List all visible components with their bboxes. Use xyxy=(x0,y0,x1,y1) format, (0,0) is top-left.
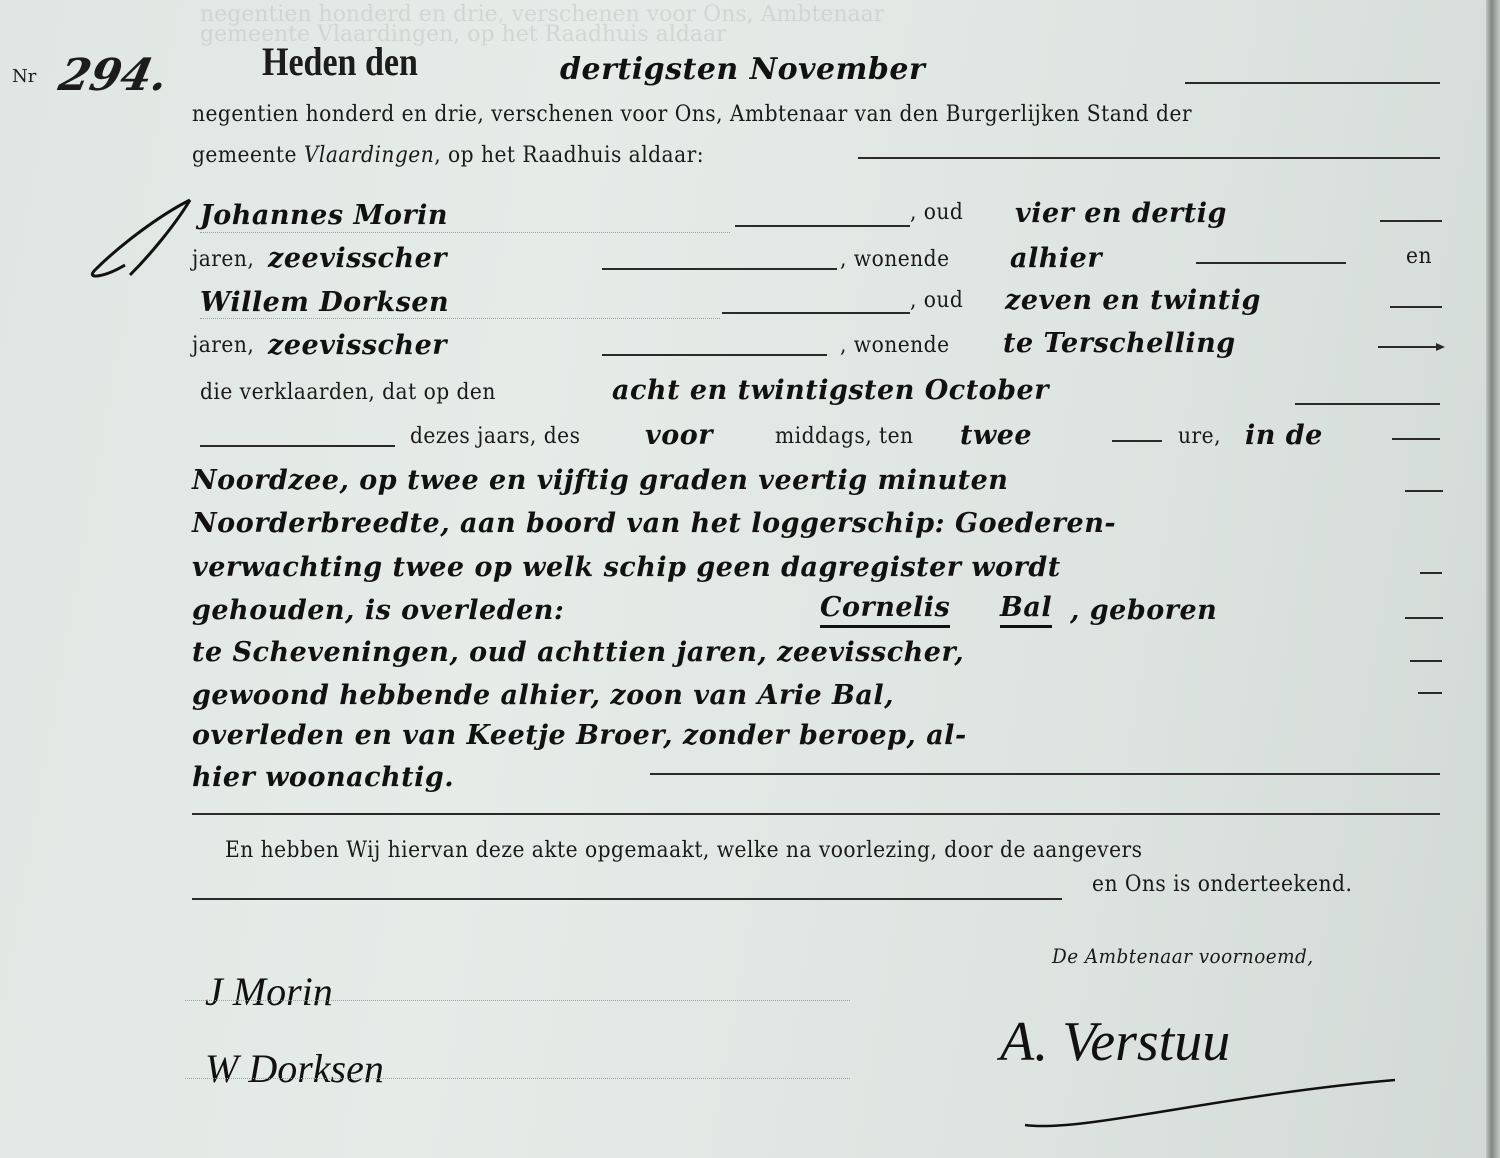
printed-line-3: gemeente Vlaardingen, op het Raadhuis al… xyxy=(192,143,704,168)
age-label: , oud xyxy=(910,288,963,313)
place-line-2: Noorderbreedte, aan boord van het logger… xyxy=(192,508,1116,539)
age-label: , oud xyxy=(910,200,963,225)
day-part: voor xyxy=(645,420,713,451)
place-line-0: in de xyxy=(1245,420,1323,451)
detail-line-1: te Scheveningen, oud achttien jaren, zee… xyxy=(192,637,964,668)
fill-line xyxy=(735,225,910,227)
residence-label: , wonende xyxy=(840,333,950,358)
signature-declarant-1: J Morin xyxy=(205,968,333,1015)
declarant-1-occupation: zeevisscher xyxy=(268,243,447,274)
year-label: dezes jaars, des xyxy=(410,424,580,449)
declarant-2-occupation: zeevisscher xyxy=(268,330,447,361)
closing-line-2: en Ons is onderteekend. xyxy=(1092,872,1352,897)
conjunction-en: en xyxy=(1406,244,1432,269)
years-label: jaren, xyxy=(192,333,254,358)
residence-label: , wonende xyxy=(840,247,950,272)
deceased-surname: Bal xyxy=(1000,592,1052,623)
fill-line xyxy=(650,773,1440,775)
fill-line xyxy=(192,813,1440,815)
hour: twee xyxy=(960,420,1032,451)
declarant-1-age: vier en dertig xyxy=(1015,198,1227,229)
declarant-2-name: Willem Dorksen xyxy=(200,287,449,318)
declarant-1-residence: alhier xyxy=(1010,243,1102,274)
dotted-guide xyxy=(200,232,730,233)
detail-line-2: gewoond hebbende alhier, zoon van Arie B… xyxy=(192,680,894,711)
deceased-first-name: Cornelis xyxy=(820,592,950,623)
record-number: 294. xyxy=(55,50,173,101)
signature-line xyxy=(185,1078,850,1079)
fill-line xyxy=(1380,220,1442,222)
middag-label: middags, ten xyxy=(775,424,914,449)
book-gutter-edge xyxy=(1486,0,1500,1158)
date-handwritten: dertigsten November xyxy=(560,52,925,87)
fill-line xyxy=(602,354,827,356)
detail-line-0: , geboren xyxy=(1070,595,1217,626)
fill-line xyxy=(1405,490,1443,492)
fill-line xyxy=(1410,660,1442,662)
signature-line xyxy=(185,1000,850,1001)
fill-line xyxy=(722,312,910,314)
place-line-1: Noordzee, op twee en vijftig graden veer… xyxy=(192,465,1008,496)
declarant-1-name: Johannes Morin xyxy=(200,200,448,231)
fill-line xyxy=(1405,617,1443,619)
arrow-mark xyxy=(1436,343,1445,351)
fill-line xyxy=(200,445,395,447)
fill-line xyxy=(1196,262,1346,264)
fill-line xyxy=(602,268,837,270)
years-label: jaren, xyxy=(192,247,254,272)
fill-line xyxy=(858,157,1440,159)
fill-line xyxy=(1392,438,1440,440)
number-label: Nr xyxy=(12,66,36,87)
declared-label: die verklaarden, dat op den xyxy=(200,380,496,405)
fill-line xyxy=(1295,403,1440,405)
fill-line xyxy=(192,898,1062,900)
printed-line-2: negentien honderd en drie, verschenen vo… xyxy=(192,102,1192,127)
capital-j-flourish xyxy=(80,185,200,285)
detail-line-4: hier woonachtig. xyxy=(192,762,454,793)
heading: Heden den xyxy=(262,38,418,85)
detail-line-3: overleden en van Keetje Broer, zonder be… xyxy=(192,720,967,751)
municipality: Vlaardingen xyxy=(304,143,434,168)
ure-label: ure, xyxy=(1178,424,1221,449)
official-label: De Ambtenaar voornoemd, xyxy=(1052,944,1314,968)
heading-text: Heden den xyxy=(262,39,418,84)
place-line-3: verwachting twee op welk schip geen dagr… xyxy=(192,552,1061,583)
signature-flourish xyxy=(1020,1055,1420,1135)
signature-declarant-2: W Dorksen xyxy=(205,1045,384,1092)
closing-line-1: En hebben Wij hiervan deze akte opgemaak… xyxy=(225,838,1142,863)
register-page: negentien honderd en drie, verschenen vo… xyxy=(0,0,1500,1158)
fill-line xyxy=(1185,82,1440,84)
declarant-2-residence: te Terschelling xyxy=(1003,328,1236,359)
fill-line xyxy=(1390,306,1442,308)
fill-line xyxy=(1378,346,1438,348)
dotted-guide xyxy=(200,318,720,319)
fill-line xyxy=(1112,440,1162,442)
fill-line xyxy=(1418,692,1442,694)
place-line-4: gehouden, is overleden: xyxy=(192,595,564,626)
fill-line xyxy=(1420,572,1442,574)
declarant-2-age: zeven en twintig xyxy=(1005,285,1261,316)
death-date: acht en twintigsten October xyxy=(612,375,1049,406)
